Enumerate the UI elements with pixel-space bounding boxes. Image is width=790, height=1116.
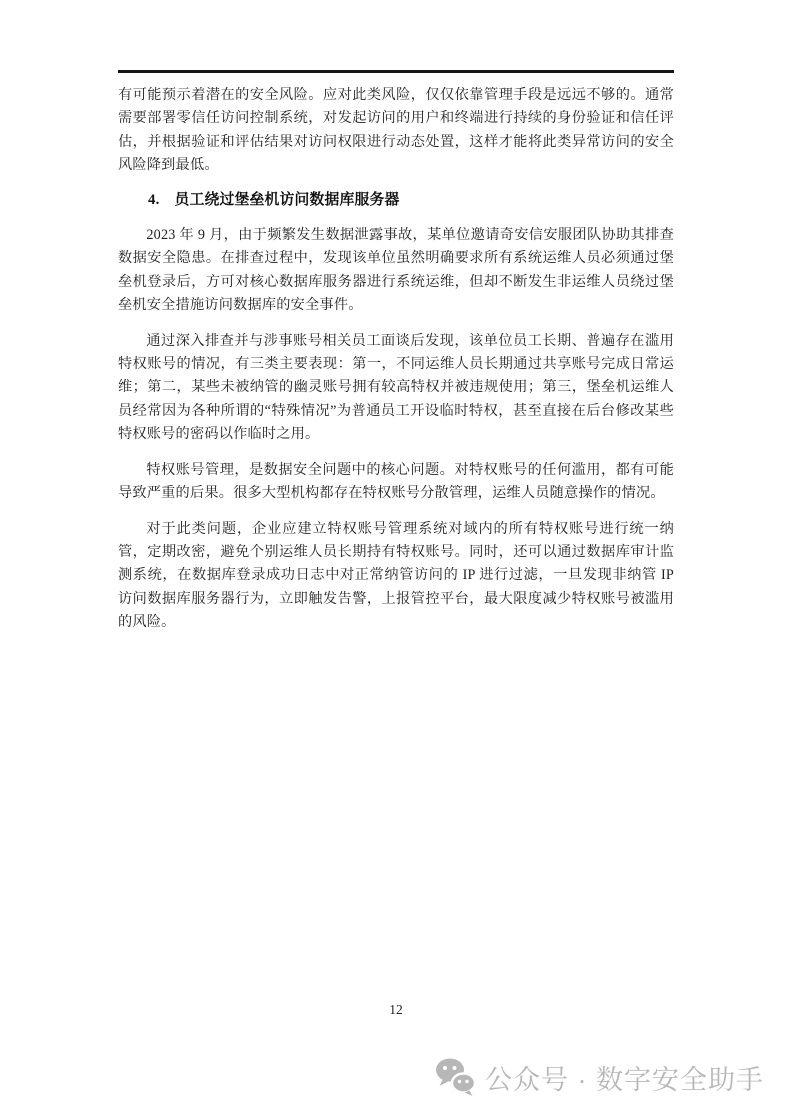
body-paragraph: 通过深入排查并与涉事账号相关员工面谈后发现，该单位员工长期、普遍存在滥用特权账号… <box>118 330 674 447</box>
document-page: 有可能预示着潜在的安全风险。应对此类风险，仅仅依靠管理手段是远远不够的。通常需要… <box>0 0 790 1116</box>
body-paragraph: 特权账号管理，是数据安全问题中的核心问题。对特权账号的任何滥用，都有可能导致严重… <box>118 459 674 506</box>
section-heading-number: 4. <box>148 189 160 212</box>
page-number: 12 <box>118 1002 674 1018</box>
header-rule <box>118 70 674 73</box>
body-paragraph: 对于此类问题，企业应建立特权账号管理系统对域内的所有特权账号进行统一纳管，定期改… <box>118 518 674 635</box>
section-heading-title: 员工绕过堡垒机访问数据库服务器 <box>175 192 400 208</box>
document-body: 有可能预示着潜在的安全风险。应对此类风险，仅仅依靠管理手段是远远不够的。通常需要… <box>118 84 674 635</box>
wechat-icon <box>434 1055 478 1099</box>
intro-paragraph: 有可能预示着潜在的安全风险。应对此类风险，仅仅依靠管理手段是远远不够的。通常需要… <box>118 84 674 178</box>
body-paragraph: 2023 年 9 月，由于频繁发生数据泄露事故，某单位邀请奇安信安服团队协助其排… <box>118 224 674 318</box>
watermark-text: 公众号 · 数字安全助手 <box>485 1058 764 1097</box>
section-heading: 4.员工绕过堡垒机访问数据库服务器 <box>118 189 674 212</box>
wechat-watermark: 公众号 · 数字安全助手 <box>434 1055 764 1099</box>
